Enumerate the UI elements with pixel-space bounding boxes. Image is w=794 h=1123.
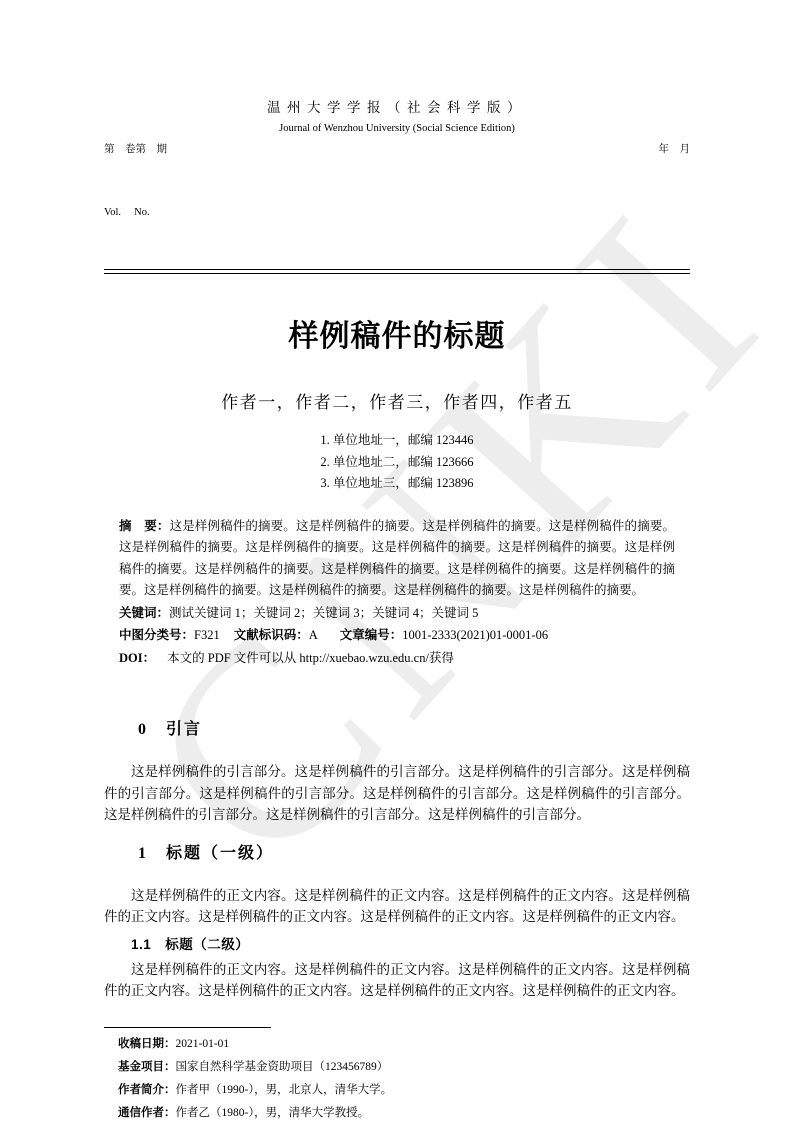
section-heading-intro: 0 引言 xyxy=(104,719,690,741)
doi-label: DOI： xyxy=(119,651,167,665)
doc-code-value: A xyxy=(309,628,340,642)
section-heading-1: 1 标题（一级） xyxy=(104,843,690,865)
keywords-label: 关键词： xyxy=(119,606,169,620)
clc-value: F321 xyxy=(194,628,234,642)
author-bio-label: 作者简介： xyxy=(118,1084,176,1096)
doi-line: DOI：本文的 PDF 文件可以从 http://xuebao.wzu.edu.… xyxy=(119,647,675,670)
author-line: 作者一，作者二，作者三，作者四，作者五 xyxy=(104,393,690,413)
clc-label: 中图分类号： xyxy=(119,628,194,642)
classification-line: 中图分类号：F321文献标识码：A文章编号：1001-2333(2021)01-… xyxy=(119,624,675,647)
received-date-label: 收稿日期： xyxy=(118,1038,176,1050)
section-1-paragraph: 这是样例稿件的正文内容。这是样例稿件的正文内容。这是样例稿件的正文内容。这是样例… xyxy=(104,885,690,928)
page-content: 第 卷第 期 Vol. No. 温州大学学报（社会科学版） Journal of… xyxy=(0,0,794,1123)
keywords-text: 测试关键词 1；关键词 2；关键词 3；关键词 4；关键词 5 xyxy=(169,606,478,620)
author-bio-text: 作者甲（1990-），男，北京人，清华大学。 xyxy=(176,1084,393,1096)
keywords-line: 关键词：测试关键词 1；关键词 2；关键词 3；关键词 4；关键词 5 xyxy=(119,602,675,625)
journal-block: 温州大学学报（社会科学版） Journal of Wenzhou Univers… xyxy=(244,97,550,139)
doc-code-label: 文献标识码： xyxy=(234,628,309,642)
intro-paragraph: 这是样例稿件的引言部分。这是样例稿件的引言部分。这是样例稿件的引言部分。这是样例… xyxy=(104,761,690,826)
doi-text: 本文的 PDF 文件可以从 http://xuebao.wzu.edu.cn/获… xyxy=(167,651,454,665)
section-heading-1-1: 1.1 标题（二级） xyxy=(104,935,690,955)
journal-title-en: Journal of Wenzhou University (Social Sc… xyxy=(244,118,550,139)
abstract-text: 这是样例稿件的摘要。这是样例稿件的摘要。这是样例稿件的摘要。这是样例稿件的摘要。… xyxy=(119,519,675,598)
corresponding-author-text: 作者乙（1980-），男，清华大学教授。 xyxy=(176,1107,370,1119)
article-id-label: 文章编号： xyxy=(340,628,403,642)
article-title: 样例稿件的标题 xyxy=(104,320,690,354)
issue-cn: 第 卷第 期 xyxy=(104,139,244,160)
footnote-row: 收稿日期：2021-01-01 xyxy=(104,1033,690,1056)
footnote-row: 基金项目：国家自然科学基金资助项目（123456789） xyxy=(104,1056,690,1079)
affiliation-line: 3. 单位地址三，邮编 123896 xyxy=(104,473,690,495)
affiliation-list: 1. 单位地址一，邮编 123446 2. 单位地址二，邮编 123666 3.… xyxy=(104,430,690,495)
date-cn: 年 月 xyxy=(550,139,690,160)
journal-title-cn: 温州大学学报（社会科学版） xyxy=(244,97,550,118)
running-head-row: 第 卷第 期 Vol. No. 温州大学学报（社会科学版） Journal of… xyxy=(104,97,690,265)
affiliation-line: 2. 单位地址二，邮编 123666 xyxy=(104,452,690,474)
footnote-row: 作者简介：作者甲（1990-），男，北京人，清华大学。 xyxy=(104,1079,690,1102)
footnote-block: 收稿日期：2021-01-01 基金项目：国家自然科学基金资助项目（123456… xyxy=(104,1027,690,1123)
section-1-1-paragraph: 这是样例稿件的正文内容。这是样例稿件的正文内容。这是样例稿件的正文内容。这是样例… xyxy=(104,959,690,1002)
footnote-row: 通信作者：作者乙（1980-），男，清华大学教授。 xyxy=(104,1102,690,1123)
abstract-label: 摘 要： xyxy=(119,519,170,533)
issue-block: 第 卷第 期 Vol. No. xyxy=(104,97,244,265)
abstract: 摘 要：这是样例稿件的摘要。这是样例稿件的摘要。这是样例稿件的摘要。这是样例稿件… xyxy=(119,516,675,602)
header-double-rule xyxy=(104,269,690,274)
funding-label: 基金项目： xyxy=(118,1061,176,1073)
journal-page: CNKI 第 卷第 期 Vol. No. 温州大学学报（社会科学版） Journ… xyxy=(0,0,794,1123)
issue-en: Vol. No. xyxy=(104,202,244,223)
footnote-rule xyxy=(104,1027,271,1028)
funding-text: 国家自然科学基金资助项目（123456789） xyxy=(176,1061,389,1073)
received-date-text: 2021-01-01 xyxy=(176,1038,230,1050)
date-block: 年 月 xyxy=(550,97,690,202)
running-head: 第 卷第 期 Vol. No. 温州大学学报（社会科学版） Journal of… xyxy=(104,97,690,274)
corresponding-author-label: 通信作者： xyxy=(118,1107,176,1119)
affiliation-line: 1. 单位地址一，邮编 123446 xyxy=(104,430,690,452)
article-id-value: 1001-2333(2021)01-0001-06 xyxy=(402,628,548,642)
